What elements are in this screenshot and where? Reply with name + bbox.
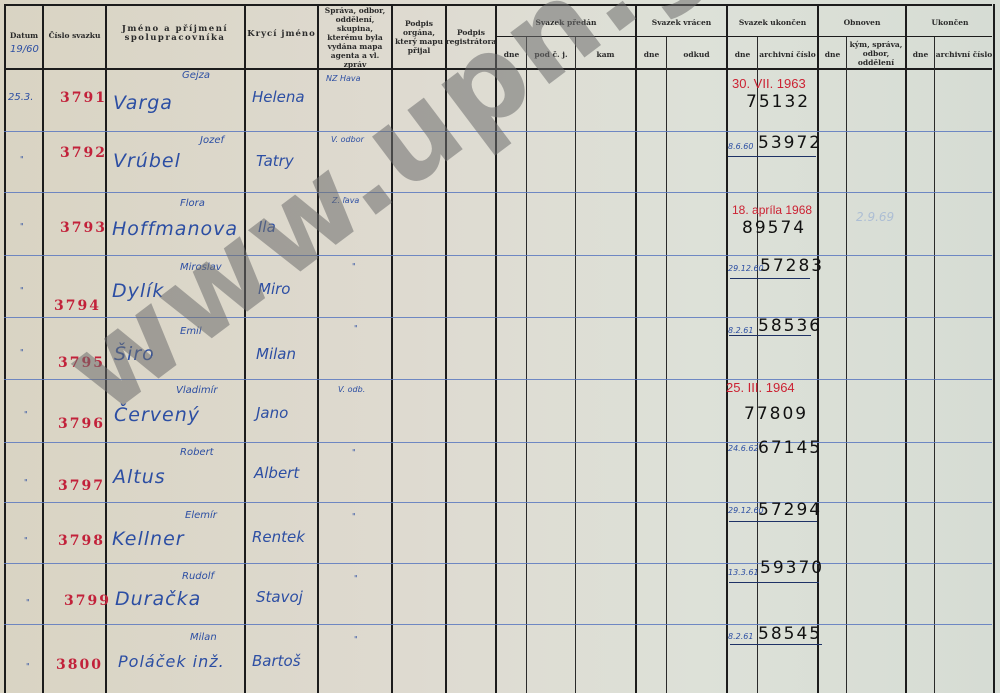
row-cislo: 3800	[56, 657, 103, 673]
row-datum: "	[26, 598, 30, 607]
col-border	[391, 4, 393, 693]
row-given-name: Jozef	[200, 135, 224, 146]
header-ukoncen: Svazek ukončen	[728, 8, 817, 36]
header-ukoncen2: Ukončen	[907, 8, 993, 36]
row-cover-name: Stavoj	[256, 588, 303, 606]
row-cover-name: Rentek	[252, 528, 305, 546]
row-dept: "	[354, 635, 358, 644]
row-cislo: 3792	[60, 145, 107, 161]
col-border	[635, 4, 637, 693]
row-dept: V. odb.	[338, 385, 365, 394]
row-cover-name: Tatry	[256, 152, 294, 170]
header-predan: Svazek předán	[497, 8, 635, 36]
header-obnoven-kym: kým, správa, odbor, oddělení	[847, 38, 905, 68]
header-datum-note: 19/60	[10, 44, 39, 55]
row-datum: "	[24, 478, 28, 487]
register-sheet: Datum 19/60 Číslo svazku Jméno a příjmen…	[0, 0, 1000, 693]
row-archive-number: 67145	[758, 438, 822, 458]
row-dept: "	[352, 262, 356, 271]
row-cover-name: Miro	[258, 280, 290, 298]
row-surname: Varga	[113, 92, 173, 114]
row-given-name: Rudolf	[182, 571, 214, 582]
obnoven-faint-note: 2.9.69	[856, 210, 894, 224]
row-given-name: Milan	[190, 632, 217, 643]
row-cislo: 3794	[54, 298, 101, 314]
row-cover-name: Bartoš	[252, 652, 301, 670]
row-given-name: Miroslav	[180, 262, 222, 273]
row-datum: "	[20, 286, 24, 295]
row-cover-name: Milan	[256, 345, 296, 363]
header-ukoncen-dne: dne	[728, 40, 757, 68]
row-datum: "	[20, 155, 24, 164]
col-border	[666, 37, 667, 693]
col-border	[495, 4, 497, 693]
header-bottom-border	[4, 68, 992, 70]
row-datum: "	[24, 410, 28, 419]
row-surname: Dylík	[112, 280, 164, 302]
row-archive-number: 59370	[760, 558, 824, 578]
row-dept: Z. ľava	[332, 196, 359, 205]
row-archive-number: 89574	[742, 218, 806, 238]
row-archive-number: 77809	[744, 404, 808, 424]
row-datum: "	[20, 222, 24, 231]
header-cislo-svazku: Číslo svazku	[44, 10, 105, 60]
row-cislo: 3796	[58, 416, 105, 432]
row-given-name: Robert	[180, 447, 214, 458]
header-subdivider	[496, 36, 992, 37]
header-ukoncen2-dne: dne	[907, 40, 934, 68]
row-cislo: 3797	[58, 478, 105, 494]
row-given-name: Elemír	[185, 510, 217, 521]
row-cislo: 3798	[58, 533, 105, 549]
header-podpis-registratora: Podpis registrátora	[447, 14, 495, 60]
header-vracen: Svazek vrácen	[637, 8, 726, 36]
row-surname: Širo	[114, 343, 155, 365]
row-datum: "	[24, 536, 28, 545]
row-cover-name: Jano	[256, 404, 288, 422]
row-dept: NZ Hava	[326, 74, 361, 83]
header-predan-pod-cj: pod č. j.	[527, 40, 575, 68]
row-given-name: Flora	[180, 198, 205, 209]
row-surname: Červený	[114, 404, 200, 426]
row-surname: Kellner	[112, 528, 185, 550]
col-border	[526, 37, 527, 693]
header-podpis-organa: Podpis orgána, který mapu přijal	[393, 14, 445, 60]
col-border	[244, 4, 246, 693]
row-surname: Altus	[113, 466, 166, 488]
col-border	[445, 4, 447, 693]
header-vracen-dne: dne	[637, 40, 666, 68]
row-archive-date: 8.6.60	[728, 142, 753, 151]
row-surname: Duračka	[115, 588, 201, 610]
header-predan-kam: kam	[576, 40, 635, 68]
row-given-name: Vladimír	[176, 385, 218, 396]
row-stamp: 18. apríla 1968	[732, 203, 812, 217]
row-archive-number: 58536	[758, 316, 822, 336]
row-cislo: 3791	[60, 90, 107, 106]
row-cover-name: Helena	[252, 88, 305, 106]
row-stamp: 25. III. 1964	[726, 380, 795, 395]
col-border	[105, 4, 107, 693]
header-kryci-jmeno: Krycí jméno	[246, 14, 317, 54]
row-archive-date: 24.6.62	[728, 444, 759, 453]
col-border	[4, 4, 6, 693]
row-surname: Vrúbel	[113, 150, 181, 172]
row-cislo: 3795	[58, 355, 105, 371]
row-datum: "	[26, 662, 30, 671]
row-dept: "	[352, 512, 356, 521]
row-dept: "	[352, 448, 356, 457]
row-dept: "	[354, 574, 358, 583]
top-border	[4, 4, 992, 6]
row-stamp: 30. VII. 1963	[732, 76, 806, 91]
header-ukoncen2-archivni-cislo: archivní číslo	[935, 40, 993, 68]
col-border	[905, 4, 907, 693]
header-sprava: Správa, odbor, oddělení, skupina, kterém…	[319, 8, 391, 66]
row-archive-date: 29.12.60	[728, 264, 764, 273]
row-given-name: Gejza	[182, 70, 210, 81]
row-cislo: 3799	[64, 593, 111, 609]
row-archive-date: 8.2.61	[728, 632, 753, 641]
header-obnoven-dne: dne	[819, 40, 846, 68]
row-cover-name: Ila	[258, 218, 276, 236]
row-archive-date: 8.2.61	[728, 326, 753, 335]
col-border	[726, 4, 728, 693]
col-border	[846, 37, 847, 693]
col-border	[993, 4, 995, 693]
row-archive-number: 58545	[758, 624, 822, 644]
row-surname: Poláček inž.	[118, 652, 225, 671]
row-datum: "	[20, 348, 24, 357]
col-border	[42, 4, 44, 693]
row-given-name: Emil	[180, 326, 202, 337]
row-archive-date: 13.3.61	[728, 568, 759, 577]
col-border	[317, 4, 319, 693]
col-border	[575, 37, 576, 693]
row-cislo: 3793	[60, 220, 107, 236]
row-archive-number: 53972	[758, 133, 822, 153]
header-obnoven: Obnoven	[819, 8, 905, 36]
row-archive-number: 57294	[758, 500, 822, 520]
row-archive-number: 75132	[746, 92, 810, 112]
row-datum: 25.3.	[8, 92, 33, 103]
header-vracen-odkud: odkud	[667, 40, 726, 68]
col-border	[934, 37, 935, 693]
row-surname: Hoffmanova	[112, 218, 238, 240]
header-jmeno: Jméno a příjmení spolupracovníka	[110, 14, 240, 54]
row-archive-number: 57283	[760, 256, 824, 276]
row-dept: "	[354, 324, 358, 333]
header-ukoncen-archivni-cislo: archivní číslo	[758, 40, 817, 68]
col-border	[817, 4, 819, 693]
header-predan-dne: dne	[497, 40, 526, 68]
row-dept: V. odbor	[331, 135, 364, 144]
row-cover-name: Albert	[254, 464, 299, 482]
